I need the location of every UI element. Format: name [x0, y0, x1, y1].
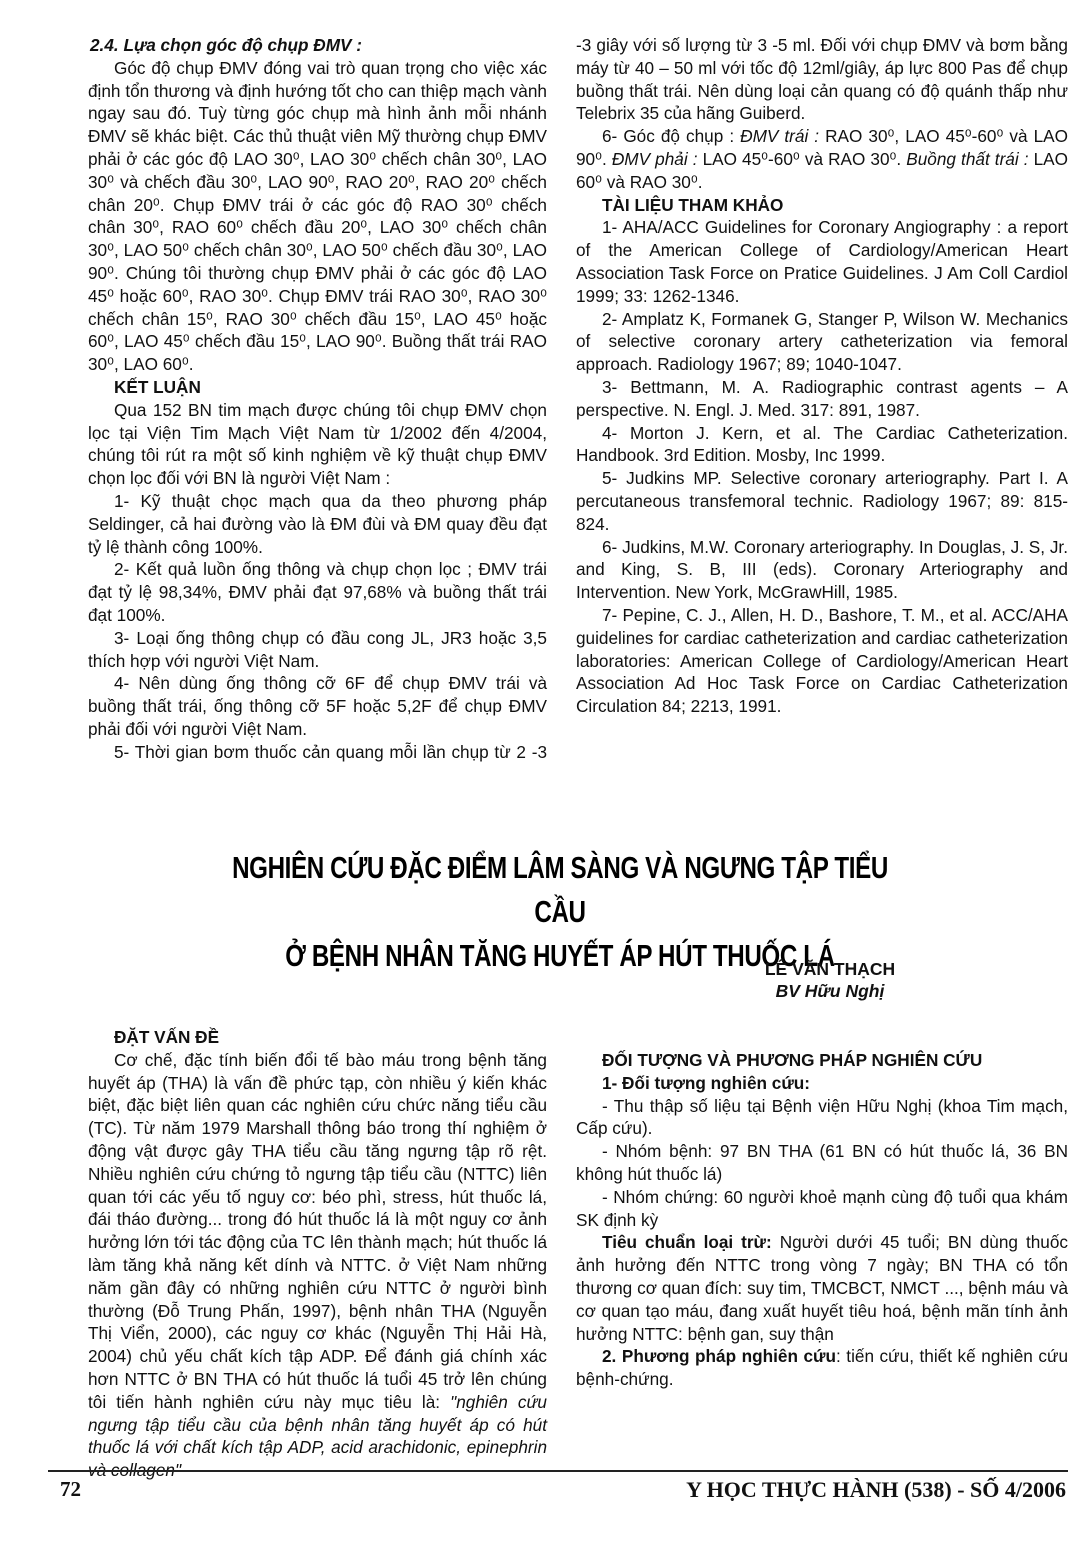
reference-item: 4- Morton J. Kern, et al. The Cardiac Ca…: [576, 422, 1068, 468]
page-number: 72: [60, 1477, 81, 1502]
author-affiliation: BV Hữu Nghị: [720, 980, 940, 1002]
conclusion-item: 3- Loại ống thông chụp có đầu cong JL, J…: [88, 627, 547, 673]
conclusion-heading: KẾT LUẬN: [88, 376, 547, 399]
left-coronary-label: ĐMV trái :: [740, 126, 819, 146]
conclusion-item: 4- Nên dùng ống thông cỡ 6F để chụp ĐMV …: [88, 672, 547, 740]
prev-article-right-column: -3 giây với số lượng từ 3 -5 ml. Đối với…: [576, 34, 1068, 718]
article-title-line-1: NGHIÊN CỨU ĐẶC ĐIỂM LÂM SÀNG VÀ NGƯNG TẬ…: [217, 846, 903, 934]
reference-item: 5- Judkins MP. Selective coronary arteri…: [576, 467, 1068, 535]
intro-paragraph: Cơ chế, đặc tính biến đổi tế bào máu tro…: [88, 1049, 547, 1482]
conclusion-item-5-continued: -3 giây với số lượng từ 3 -5 ml. Đối với…: [576, 34, 1068, 125]
exclusion-label: Tiêu chuẩn loại trừ:: [602, 1232, 772, 1252]
reference-item: 1- AHA/ACC Guidelines for Coronary Angio…: [576, 216, 1068, 307]
subjects-item: - Nhóm bệnh: 97 BN THA (61 BN có hút thu…: [576, 1140, 1068, 1186]
article-right-column: ĐỐI TƯỢNG VÀ PHƯƠNG PHÁP NGHIÊN CỨU 1- Đ…: [576, 1003, 1068, 1391]
subjects-item: - Thu thập số liệu tại Bệnh viện Hữu Ngh…: [576, 1095, 1068, 1141]
author-name: LÊ VĂN THẠCH: [720, 958, 940, 980]
subjects-heading: 1- Đối tượng nghiên cứu:: [576, 1072, 1068, 1095]
objective-quote-continuation-spacer: [576, 1003, 1068, 1049]
conclusion-item-6: 6- Góc độ chụp : ĐMV trái : RAO 30⁰, LAO…: [576, 125, 1068, 193]
conclusion-item: 2- Kết quả luồn ống thông và chụp chọn l…: [88, 558, 547, 626]
prev-article-left-column: 2.4. Lựa chọn góc độ chụp ĐMV : Góc độ c…: [88, 34, 547, 764]
method-paragraph: 2. Phương pháp nghiên cứu: tiến cứu, thi…: [576, 1345, 1068, 1391]
author-block: LÊ VĂN THẠCH BV Hữu Nghị: [720, 958, 940, 1002]
reference-item: 2- Amplatz K, Formanek G, Stanger P, Wil…: [576, 308, 1068, 376]
reference-item: 3- Bettmann, M. A. Radiographic contrast…: [576, 376, 1068, 422]
conclusion-intro: Qua 152 BN tim mạch được chúng tôi chụp …: [88, 399, 547, 490]
references-heading: TÀI LIỆU THAM KHẢO: [576, 194, 1068, 217]
conclusion-item: 1- Kỹ thuật chọc mạch qua da theo phương…: [88, 490, 547, 558]
conclusion-item-5-start: 5- Thời gian bơm thuốc cản quang mỗi lần…: [88, 742, 547, 764]
reference-item: 6- Judkins, M.W. Coronary arteriography.…: [576, 536, 1068, 604]
journal-footer: Y HỌC THỰC HÀNH (538) - SỐ 4/2006: [686, 1477, 1066, 1503]
subjects-item: - Nhóm chứng: 60 người khoẻ mạnh cùng độ…: [576, 1186, 1068, 1232]
section-heading: 2.4. Lựa chọn góc độ chụp ĐMV :: [88, 34, 547, 57]
section-paragraph: Góc độ chụp ĐMV đóng vai trò quan trọng …: [88, 57, 547, 376]
reference-item: 7- Pepine, C. J., Allen, H. D., Bashore,…: [576, 604, 1068, 718]
exclusion-criteria: Tiêu chuẩn loại trừ: Người dưới 45 tuổi;…: [576, 1231, 1068, 1345]
method-label: 2. Phương pháp nghiên cứu: [602, 1346, 836, 1366]
conclusion-item: 5- Thời gian bơm thuốc cản quang mỗi lần…: [88, 741, 547, 764]
right-coronary-label: ĐMV phải :: [612, 149, 698, 169]
article-left-column: ĐẶT VẤN ĐỀ Cơ chế, đặc tính biến đổi tế …: [88, 1026, 547, 1482]
methods-heading: ĐỐI TƯỢNG VÀ PHƯƠNG PHÁP NGHIÊN CỨU: [576, 1049, 1068, 1072]
footer-rule: [48, 1470, 1068, 1472]
left-ventricle-label: Buồng thất trái :: [906, 149, 1028, 169]
intro-heading: ĐẶT VẤN ĐỀ: [88, 1026, 547, 1049]
